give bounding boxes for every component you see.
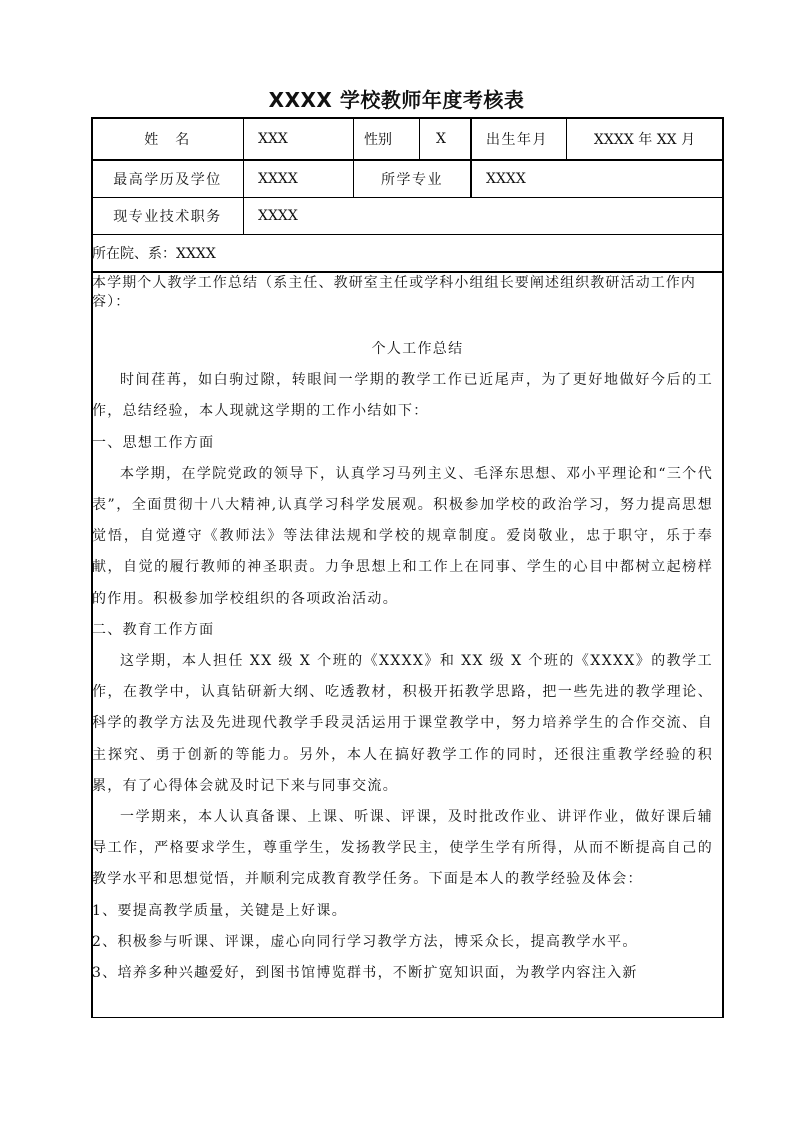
summary-intro: 时间荏苒，如白驹过隙，转眼间一学期的教学工作已近尾声，为了更好地做好今后的工作，… bbox=[92, 365, 713, 427]
document-title: XXXX 学校教师年度考核表 bbox=[0, 84, 793, 113]
section-body: 一学期来，本人认真备课、上课、听课、评课，及时批改作业、讲评作业，做好课后辅导工… bbox=[92, 802, 713, 896]
birth-date-label: 出生年月 bbox=[472, 118, 566, 159]
professional-title-field[interactable]: XXXX bbox=[244, 198, 544, 234]
professional-title-label: 现专业技术职务 bbox=[92, 198, 243, 234]
major-label: 所学专业 bbox=[354, 161, 470, 197]
list-item: 3、培养多种兴趣爱好，到图书馆博览群书，不断扩宽知识面，为教学内容注入新 bbox=[92, 958, 713, 989]
row-divider bbox=[91, 234, 724, 235]
gender-field[interactable]: X bbox=[420, 118, 470, 159]
degree-label: 最高学历及学位 bbox=[92, 161, 243, 197]
department-field[interactable]: 所在院、系：XXXX bbox=[92, 243, 216, 263]
section-title: 二、教育工作方面 bbox=[92, 615, 713, 646]
list-item: 2、积极参与听课、评课，虚心向同行学习教学方法，博采众长，提高教学水平。 bbox=[92, 927, 713, 958]
summary-prompt: 本学期个人教学工作总结（系主任、教研室主任或学科小组组长要阐述组织教研活动工作内… bbox=[92, 274, 722, 312]
summary-heading: 个人工作总结 bbox=[107, 334, 728, 365]
section-body: 本学期，在学院党政的领导下，认真学习马列主义、毛泽东思想、邓小平理论和“三个代表… bbox=[92, 459, 713, 615]
section-title: 一、思想工作方面 bbox=[92, 428, 713, 459]
gender-label: 性别 bbox=[354, 118, 419, 159]
name-field[interactable]: XXX bbox=[244, 118, 353, 159]
section-body: 这学期，本人担任 XX 级 X 个班的《XXXX》和 XX 级 X 个班的《XX… bbox=[92, 646, 713, 802]
work-summary-text[interactable]: 个人工作总结 时间荏苒，如白驹过隙，转眼间一学期的教学工作已近尾声，为了更好地做… bbox=[107, 334, 713, 989]
name-label: 姓 名 bbox=[92, 118, 243, 159]
degree-field[interactable]: XXXX bbox=[244, 161, 353, 197]
birth-date-field[interactable]: XXXX 年 XX 月 bbox=[567, 118, 722, 159]
list-item: 1、要提高教学质量，关键是上好课。 bbox=[92, 896, 713, 927]
row-divider bbox=[91, 271, 724, 273]
major-field[interactable]: XXXX bbox=[472, 161, 722, 197]
